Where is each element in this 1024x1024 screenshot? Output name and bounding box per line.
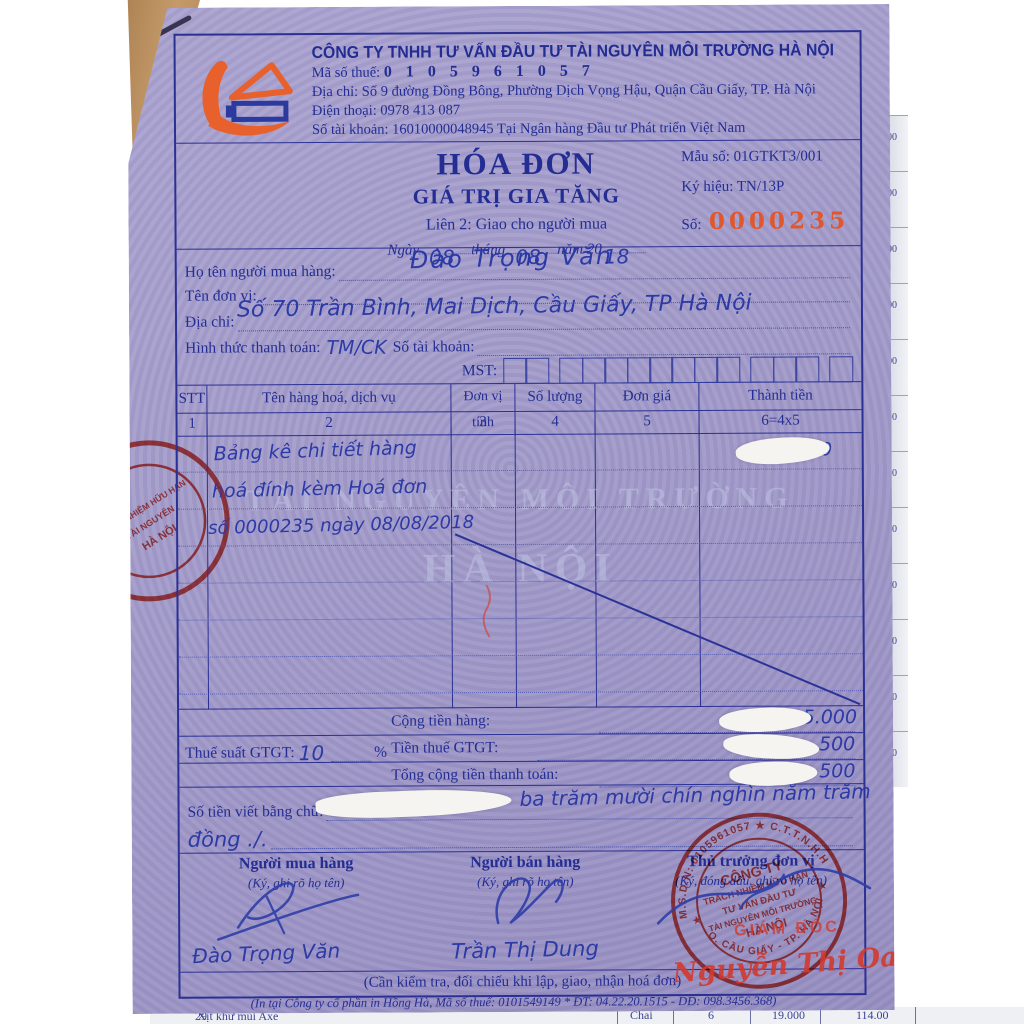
vat-label: Tiền thuế GTGT: [391,739,498,758]
seller-signature [467,868,587,933]
vat-visible: 500 [819,733,855,755]
company-logo [188,57,298,140]
seller-signature-block: Người bán hàng (Ký, ghi rõ họ tên) Trần … [412,851,638,970]
invoice-paper: ★ C.T.T.N.H.H ★ M.S.D.N TRÁCH NHIỆM HỮU … [127,4,894,1014]
mst-box-group [560,357,741,384]
company-tax-code: Mã số thuế: 0 1 0 5 9 6 1 0 5 7 [312,60,857,83]
buyer-signature-block: Người mua hàng (Ký, ghi rõ họ tên) Đào T… [180,853,413,972]
director-signature [644,844,880,937]
company-name: CÔNG TY TNHH TƯ VẤN ĐẦU TƯ TÀI NGUYÊN MÔ… [312,40,819,63]
serial-code: Ký hiệu: TN/13P [681,178,859,196]
invoice-number: 0000235 [709,207,849,235]
print-shop-footer: (In tại Công ty cổ phần in Hồng Hà, Mã s… [133,993,895,1012]
percent-sign: % [374,744,387,762]
company-bank: Số tài khoản: 16010000048945 Tại Ngân hà… [312,118,857,140]
company-address: Địa chỉ: Số 9 đường Đồng Bông, Phường Dị… [312,80,857,102]
mst-box-group [503,358,550,384]
grand-total-label: Tổng cộng tiền thanh toán: [391,766,558,785]
subtotal-label: Cộng tiền hàng: [391,712,490,731]
items-table: STT Tên hàng hoá, dịch vụ Đơn vị tính Số… [177,382,863,710]
payment-method-handwritten: TM/CK [326,337,386,359]
vat-rate-label: Thuế suất GTGT: [185,744,295,763]
buyer-name-label: Họ tên người mua hàng: [185,263,336,282]
mst-label: MST: [462,362,498,380]
invoice-copy: Liên 2: Giao cho người mua [306,215,726,235]
buyer-section: Họ tên người mua hàng: Đào Trọng Văn Tên… [177,246,862,386]
mst-box [503,358,527,384]
totals-section: Cộng tiền hàng: 5.000 Thuế suất GTGT: 10… [179,706,863,788]
words-label: Số tiền viết bằng chữ: [188,803,324,822]
table-body: TÀI NGUYÊN MÔI TRƯỜNG HÀ NỘI Bảng kê chi… [178,433,863,710]
seller-header: CÔNG TY TNHH TƯ VẤN ĐẦU TƯ TÀI NGUYÊN MÔ… [176,32,861,144]
account-label: Số tài khoản: [393,338,475,356]
table-header-row: STT Tên hàng hoá, dịch vụ Đơn vị tính Số… [177,382,861,414]
form-number: Mẫu số: 01GTKT3/001 [681,148,859,166]
title-block: HÓA ĐƠN GIÁ TRỊ GIA TĂNG Liên 2: Giao ch… [176,140,861,250]
mst-box-group [829,356,853,382]
buyer-sig-name: Đào Trọng Văn [192,938,341,968]
invoice-subtitle: GIÁ TRỊ GIA TĂNG [306,183,726,210]
invoice-number-line: Số: 0000235 [681,207,859,235]
seller-sig-name: Trần Thị Dung [451,936,599,963]
buyer-name-handwritten: Đào Trọng Văn [409,242,613,275]
photo-of-vat-invoice: 00 00 00 00 00 00 00 00 00 00 00 00 29 X… [0,0,1024,1024]
mst-box-group [750,356,819,382]
diagonal-strike [178,433,862,710]
words-handwritten-2: đồng ./. [188,827,268,851]
buyer-address-label: Địa chỉ: [185,313,235,331]
check-note: (Cần kiểm tra, đối chiếu khi lập, giao, … [364,973,682,991]
underlying-total: 114.00 [856,1008,889,1023]
invoice-title: HÓA ĐƠN [306,145,726,183]
payment-method-label: Hình thức thanh toán: [185,339,320,358]
